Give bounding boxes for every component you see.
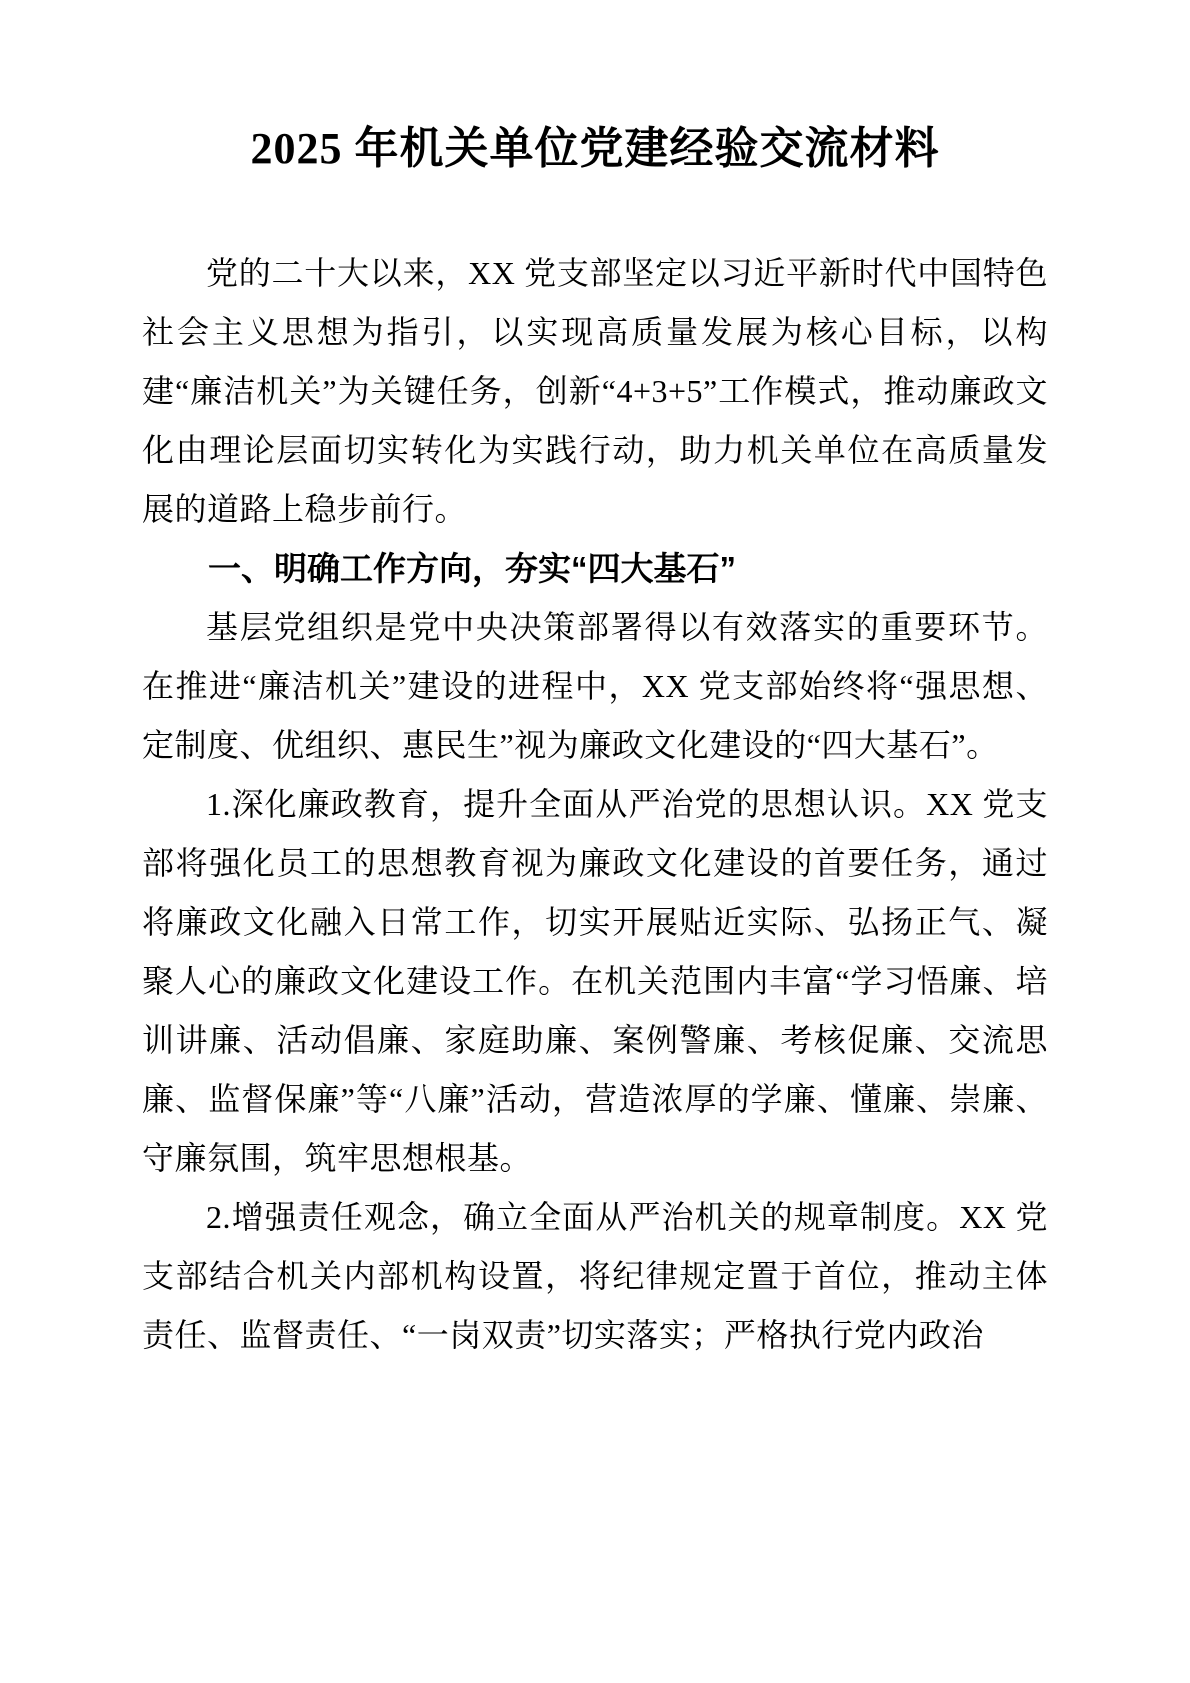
document-title: 2025 年机关单位党建经验交流材料 [142,118,1048,180]
paragraph-item-1-education: 1.深化廉政教育，提升全面从严治党的思想认识。XX 党支部将强化员工的思想教育视… [142,775,1048,1188]
document-page: 2025 年机关单位党建经验交流材料 党的二十大以来，XX 党支部坚定以习近平新… [0,0,1190,1683]
section-heading-1: 一、明确工作方向，夯实“四大基石” [142,539,1048,598]
paragraph-four-foundations: 基层党组织是党中央决策部署得以有效落实的重要环节。在推进“廉洁机关”建设的进程中… [142,598,1048,775]
paragraph-item-2-responsibility: 2.增强责任观念，确立全面从严治机关的规章制度。XX 党支部结合机关内部机构设置… [142,1188,1048,1365]
paragraph-intro: 党的二十大以来，XX 党支部坚定以习近平新时代中国特色社会主义思想为指引，以实现… [142,244,1048,539]
